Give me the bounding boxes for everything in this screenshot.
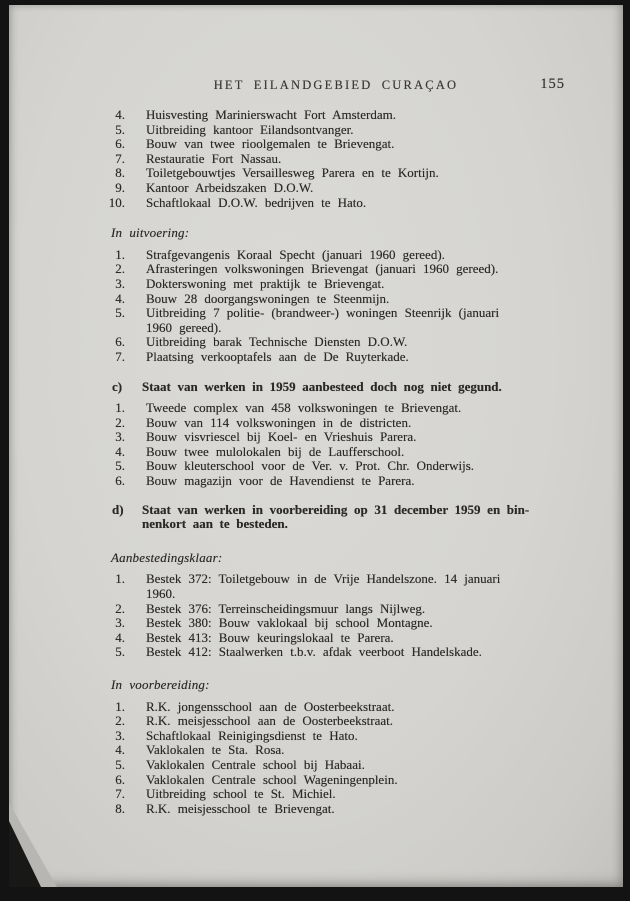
item-number: 1. bbox=[105, 401, 125, 416]
item-text: Uitbreiding kantoor Eilandsontvanger. bbox=[125, 123, 567, 138]
list-item: 7.Restauratie Fort Nassau. bbox=[105, 152, 567, 167]
list-item: 2.Bestek 376: Terreinscheidingsmuur lang… bbox=[105, 602, 567, 617]
list-item: 6.Vaklokalen Centrale school Wageningenp… bbox=[105, 773, 567, 788]
list-item: 1.Tweede complex van 458 volkswoningen t… bbox=[105, 401, 567, 416]
item-number: 1. bbox=[105, 248, 125, 263]
section-c-heading: c) Staat van werken in 1959 aanbesteed d… bbox=[105, 380, 567, 395]
item-number: 4. bbox=[105, 631, 125, 646]
list-item: 2.Bouw van 114 volkswoningen in de distr… bbox=[105, 416, 567, 431]
item-text: Bouw magazijn voor de Havendienst te Par… bbox=[125, 474, 567, 489]
list-item: 10.Schaftlokaal D.O.W. bedrijven te Hato… bbox=[105, 196, 567, 211]
item-text: Bouw kleuterschool voor de Ver. v. Prot.… bbox=[125, 459, 567, 474]
item-text: Uitbreiding barak Technische Diensten D.… bbox=[125, 335, 567, 350]
list-item: 3.Bouw visvriescel bij Koel- en Vrieshui… bbox=[105, 430, 567, 445]
page-title: HET EILANDGEBIED CURAÇAO bbox=[105, 78, 567, 93]
item-number: 1. bbox=[105, 572, 125, 587]
list-in-voorbereiding: 1.R.K. jongensschool aan de Oosterbeekst… bbox=[105, 700, 567, 817]
list-item: 5.Uitbreiding kantoor Eilandsontvanger. bbox=[105, 123, 567, 138]
list-item: 2.Afrasteringen volkswoningen Brievengat… bbox=[105, 262, 567, 277]
item-text: Uitbreiding 7 politie- (brandweer-) woni… bbox=[125, 306, 567, 335]
list-item: 3.Schaftlokaal Reinigingsdienst te Hato. bbox=[105, 729, 567, 744]
item-text: Uitbreiding school te St. Michiel. bbox=[125, 787, 567, 802]
item-number: 7. bbox=[105, 787, 125, 802]
item-number: 3. bbox=[105, 277, 125, 292]
item-text: Kantoor Arbeidszaken D.O.W. bbox=[125, 181, 567, 196]
item-number: 8. bbox=[105, 166, 125, 181]
item-number: 6. bbox=[105, 137, 125, 152]
item-text: Bestek 376: Terreinscheidingsmuur langs … bbox=[125, 602, 567, 617]
item-text: Afrasteringen volkswoningen Brievengat (… bbox=[125, 262, 567, 277]
item-number: 4. bbox=[105, 445, 125, 460]
item-number: 2. bbox=[105, 262, 125, 277]
list-item: 3.Bestek 380: Bouw vaklokaal bij school … bbox=[105, 616, 567, 631]
item-text: Bestek 372: Toiletgebouw in de Vrije Han… bbox=[125, 572, 567, 601]
item-text: Restauratie Fort Nassau. bbox=[125, 152, 567, 167]
item-text: Bouw 28 doorgangswoningen te Steenmijn. bbox=[125, 292, 567, 307]
list-section-c: 1.Tweede complex van 458 volkswoningen t… bbox=[105, 401, 567, 489]
list-item: 4.Bouw 28 doorgangswoningen te Steenmijn… bbox=[105, 292, 567, 307]
item-number: 2. bbox=[105, 416, 125, 431]
item-number: 6. bbox=[105, 474, 125, 489]
section-heading-in-voorbereiding: In voorbereiding: bbox=[111, 678, 567, 693]
section-heading-aanbestedingsklaar: Aanbestedingsklaar: bbox=[111, 551, 567, 566]
item-number: 5. bbox=[105, 459, 125, 474]
item-text: Huisvesting Marinierswacht Fort Amsterda… bbox=[125, 108, 567, 123]
list-item: 6.Bouw van twee rioolgemalen te Brieveng… bbox=[105, 137, 567, 152]
list-item: 4.Bestek 413: Bouw keuringslokaal te Par… bbox=[105, 631, 567, 646]
item-number: 3. bbox=[105, 729, 125, 744]
item-number: 3. bbox=[105, 430, 125, 445]
section-heading-in-uitvoering: In uitvoering: bbox=[111, 226, 567, 241]
list-item: 4.Vaklokalen te Sta. Rosa. bbox=[105, 743, 567, 758]
paper-sheet: HET EILANDGEBIED CURAÇAO 155 4.Huisvesti… bbox=[9, 5, 623, 887]
item-text: Vaklokalen te Sta. Rosa. bbox=[125, 743, 567, 758]
list-item: 4.Huisvesting Marinierswacht Fort Amster… bbox=[105, 108, 567, 123]
item-number: 5. bbox=[105, 306, 125, 321]
item-text: Bouw twee mulolokalen bij de Laufferscho… bbox=[125, 445, 567, 460]
list-item: 9.Kantoor Arbeidszaken D.O.W. bbox=[105, 181, 567, 196]
item-number: 2. bbox=[105, 714, 125, 729]
item-text: Plaatsing verkooptafels aan de De Ruyter… bbox=[125, 350, 567, 365]
list-item: 8.Toiletgebouwtjes Versaillesweg Parera … bbox=[105, 166, 567, 181]
list-aanbestedingsklaar: 1.Bestek 372: Toiletgebouw in de Vrije H… bbox=[105, 572, 567, 660]
section-label: d) bbox=[112, 503, 142, 518]
page-content: HET EILANDGEBIED CURAÇAO 155 4.Huisvesti… bbox=[105, 5, 567, 816]
item-number: 5. bbox=[105, 758, 125, 773]
item-text: Tweede complex van 458 volkswoningen te … bbox=[125, 401, 567, 416]
item-text: Vaklokalen Centrale school Wageningenple… bbox=[125, 773, 567, 788]
list-item: 5.Uitbreiding 7 politie- (brandweer-) wo… bbox=[105, 306, 567, 335]
item-number: 7. bbox=[105, 152, 125, 167]
item-text: Strafgevangenis Koraal Specht (januari 1… bbox=[125, 248, 567, 263]
scanned-book-page: HET EILANDGEBIED CURAÇAO 155 4.Huisvesti… bbox=[0, 0, 630, 901]
item-text: Schaftlokaal Reinigingsdienst te Hato. bbox=[125, 729, 567, 744]
list-in-uitvoering: 1.Strafgevangenis Koraal Specht (januari… bbox=[105, 248, 567, 365]
list-item: 8.R.K. meisjesschool te Brievengat. bbox=[105, 802, 567, 817]
list-item: 2.R.K. meisjesschool aan de Oosterbeekst… bbox=[105, 714, 567, 729]
section-heading-text: Staat van werken in 1959 aanbesteed doch… bbox=[142, 380, 567, 395]
list-item: 4.Bouw twee mulolokalen bij de Lauffersc… bbox=[105, 445, 567, 460]
item-text: Bouw van twee rioolgemalen te Brievengat… bbox=[125, 137, 567, 152]
list-item: 7.Uitbreiding school te St. Michiel. bbox=[105, 787, 567, 802]
list-item: 1.R.K. jongensschool aan de Oosterbeekst… bbox=[105, 700, 567, 715]
item-text: Toiletgebouwtjes Versaillesweg Parera en… bbox=[125, 166, 567, 181]
item-text: Bestek 412: Staalwerken t.b.v. afdak vee… bbox=[125, 645, 567, 660]
list-item: 6.Uitbreiding barak Technische Diensten … bbox=[105, 335, 567, 350]
item-number: 4. bbox=[105, 292, 125, 307]
list-item: 1.Strafgevangenis Koraal Specht (januari… bbox=[105, 248, 567, 263]
list-works-completed: 4.Huisvesting Marinierswacht Fort Amster… bbox=[105, 108, 567, 210]
page-header: HET EILANDGEBIED CURAÇAO 155 bbox=[105, 78, 567, 94]
item-number: 9. bbox=[105, 181, 125, 196]
item-text: R.K. meisjesschool aan de Oosterbeekstra… bbox=[125, 714, 567, 729]
item-text: Bestek 413: Bouw keuringslokaal te Parer… bbox=[125, 631, 567, 646]
section-heading-text: Staat van werken in voorbereiding op 31 … bbox=[142, 503, 567, 532]
page-number: 155 bbox=[540, 77, 565, 92]
list-item: 5.Bestek 412: Staalwerken t.b.v. afdak v… bbox=[105, 645, 567, 660]
section-d-heading: d) Staat van werken in voorbereiding op … bbox=[105, 503, 567, 532]
item-text: Schaftlokaal D.O.W. bedrijven te Hato. bbox=[125, 196, 567, 211]
item-number: 3. bbox=[105, 616, 125, 631]
section-label: c) bbox=[112, 380, 142, 395]
item-number: 4. bbox=[105, 743, 125, 758]
item-text: R.K. meisjesschool te Brievengat. bbox=[125, 802, 567, 817]
list-item: 7.Plaatsing verkooptafels aan de De Ruyt… bbox=[105, 350, 567, 365]
item-number: 6. bbox=[105, 773, 125, 788]
item-number: 7. bbox=[105, 350, 125, 365]
item-text: Bouw visvriescel bij Koel- en Vrieshuis … bbox=[125, 430, 567, 445]
list-item: 6.Bouw magazijn voor de Havendienst te P… bbox=[105, 474, 567, 489]
item-text: R.K. jongensschool aan de Oosterbeekstra… bbox=[125, 700, 567, 715]
item-number: 2. bbox=[105, 602, 125, 617]
item-text: Vaklokalen Centrale school bij Habaai. bbox=[125, 758, 567, 773]
item-number: 1. bbox=[105, 700, 125, 715]
item-text: Bouw van 114 volkswoningen in de distric… bbox=[125, 416, 567, 431]
item-number: 8. bbox=[105, 802, 125, 817]
list-item: 5.Vaklokalen Centrale school bij Habaai. bbox=[105, 758, 567, 773]
item-number: 5. bbox=[105, 645, 125, 660]
item-number: 5. bbox=[105, 123, 125, 138]
item-text: Bestek 380: Bouw vaklokaal bij school Mo… bbox=[125, 616, 567, 631]
item-text: Dokterswoning met praktijk te Brievengat… bbox=[125, 277, 567, 292]
item-number: 6. bbox=[105, 335, 125, 350]
list-item: 1.Bestek 372: Toiletgebouw in de Vrije H… bbox=[105, 572, 567, 601]
list-item: 3.Dokterswoning met praktijk te Brieveng… bbox=[105, 277, 567, 292]
item-number: 4. bbox=[105, 108, 125, 123]
list-item: 5.Bouw kleuterschool voor de Ver. v. Pro… bbox=[105, 459, 567, 474]
item-number: 10. bbox=[105, 196, 125, 211]
